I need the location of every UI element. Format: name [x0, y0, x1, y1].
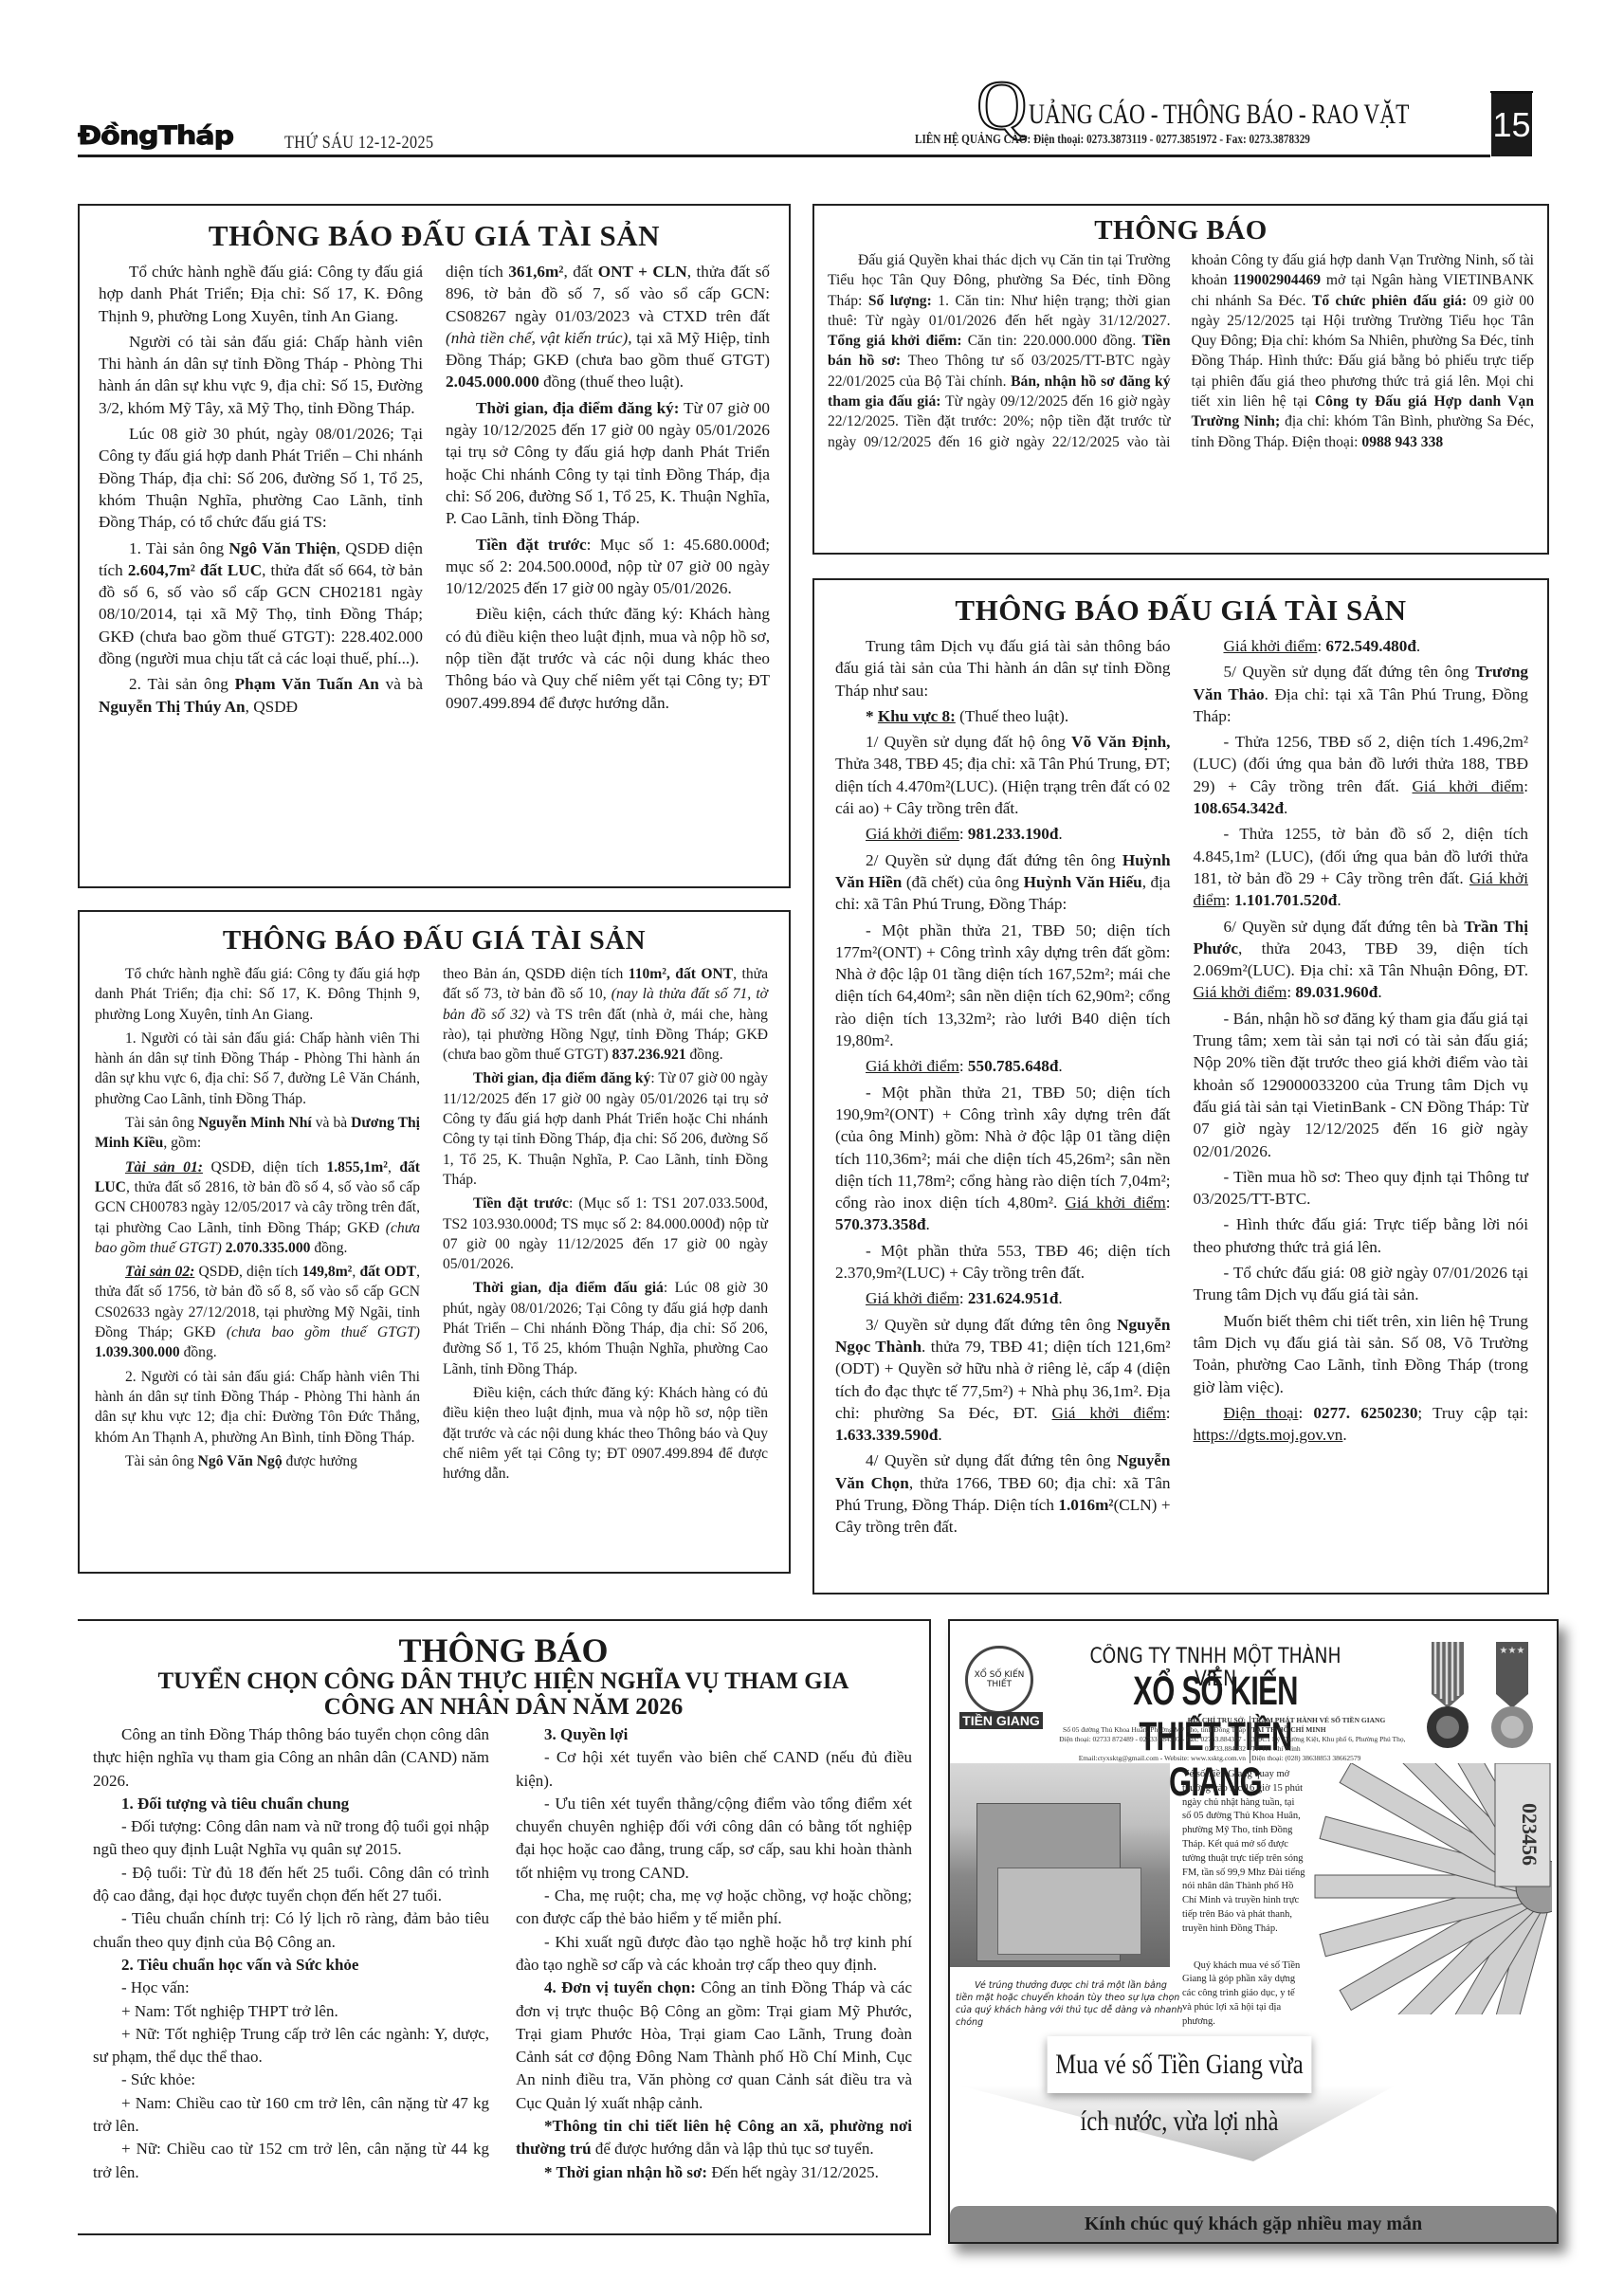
- sale-info: - Bán, nhận hồ sơ đăng ký tham gia đấu g…: [1194, 1008, 1529, 1162]
- list-item: + Nam: Tốt nghiệp THPT trở lên.: [93, 2000, 489, 2023]
- logo-label: TIỀN GIANG: [959, 1712, 1043, 1729]
- ad-footer-banner: Kính chúc quý khách gặp nhiều may mắn: [950, 2206, 1557, 2242]
- notice-title: THÔNG BÁO: [814, 215, 1547, 246]
- paragraph: Đấu giá Quyền khai thác dịch vụ Căn tin …: [828, 250, 1534, 452]
- canteen-notice: THÔNG BÁO Đấu giá Quyền khai thác dịch v…: [812, 204, 1549, 555]
- starting-price: Giá khởi điểm: 981.233.190đ.: [835, 823, 1171, 845]
- notice-column-left: Công an tỉnh Đồng Tháp thông báo tuyển c…: [93, 1723, 489, 2184]
- notice-column-left: Tổ chức hành nghề đấu giá: Công ty đấu g…: [99, 261, 423, 721]
- notice-column-right: theo Bản án, QSDĐ diện tích 110m², đất O…: [443, 964, 768, 1487]
- notice-body: Đấu giá Quyền khai thác dịch vụ Căn tin …: [828, 250, 1534, 452]
- issue-date: THỨ SÁU 12-12-2025: [284, 133, 433, 154]
- asset-item-5a: - Thửa 1256, TBĐ số 2, diện tích 1.496,2…: [1194, 731, 1529, 819]
- asset-item-2c: - Một phần thửa 553, TBĐ 46; diện tích 2…: [835, 1240, 1171, 1285]
- asset-item-2a: - Một phần thửa 21, TBĐ 50; diện tích 17…: [835, 920, 1171, 1052]
- fee-info: - Tiền mua hồ sơ: Theo quy định tại Thôn…: [1194, 1166, 1529, 1211]
- deposit-info: Tiền đặt trước: Mục số 1: 45.680.000đ; m…: [446, 534, 770, 600]
- list-item: - Khi xuất ngũ được đào tạo nghề hoặc hỗ…: [516, 1931, 912, 1977]
- list-item: - Cha, mẹ ruột; cha, mẹ vợ hoặc chồng, v…: [516, 1885, 912, 1931]
- section-heading: 1. Đối tượng và tiêu chuẩn chung: [93, 1793, 489, 1815]
- asset-item-1: 1. Tài sản ông Ngô Văn Thiện, QSDĐ diện …: [99, 538, 423, 670]
- conditions-info: Điều kiện, cách thức đăng ký: Khách hàng…: [443, 1383, 768, 1484]
- svg-text:023456: 023456: [1518, 1803, 1542, 1866]
- auction-time-info: Thời gian, địa điểm đấu giá: Lúc 08 giờ …: [443, 1278, 768, 1378]
- paragraph: Trung tâm Dịch vụ đấu giá tài sản thông …: [835, 635, 1171, 702]
- auction-notice-4: THÔNG BÁO ĐẤU GIÁ TÀI SẢN Tổ chức hành n…: [78, 910, 791, 1574]
- company-building-photo: [950, 1763, 1170, 1967]
- ad-body: Vé số Tiền Giang quay mở thưởng vào lúc …: [1182, 1768, 1305, 2030]
- asset-item-2: 2. Tài sản ông Phạm Văn Tuấn An và bà Ng…: [99, 673, 423, 718]
- paragraph: Người có tài sản đấu giá: Chấp hành viên…: [99, 331, 423, 419]
- list-item: - Học vấn:: [93, 1977, 489, 1999]
- notice-column-left: Tổ chức hành nghề đấu giá: Công ty đấu g…: [95, 964, 420, 1487]
- asset-item-2-cont: diện tích 361,6m², đất ONT + CLN, thửa đ…: [446, 261, 770, 393]
- list-item: - Sức khỏe:: [93, 2068, 489, 2091]
- paragraph: Công an tỉnh Đồng Tháp thông báo tuyển c…: [93, 1723, 489, 1793]
- svg-text:★★★: ★★★: [1500, 1646, 1525, 1656]
- conditions-info: Điều kiện, cách thức đăng ký: Khách hàng…: [446, 603, 770, 713]
- notice-subtitle: TUYỂN CHỌN CÔNG DÂN THỰC HIỆN NGHĨA VỤ T…: [78, 1668, 929, 1694]
- asset-02: Tài sản 02: QSDĐ, diện tích 149,8m², đất…: [95, 1262, 420, 1362]
- section-initial: Q: [976, 71, 1027, 141]
- asset-item-2b: - Một phần thửa 21, TBĐ 50; diện tích 19…: [835, 1082, 1171, 1236]
- asset-item-6: 6/ Quyền sử dụng đất đứng tên bà Trần Th…: [1194, 916, 1529, 1004]
- list-item: - Đối tượng: Công dân nam và nữ trong độ…: [93, 1815, 489, 1862]
- recruiting-units: 4. Đơn vị tuyển chọn: Công an tỉnh Đồng …: [516, 1977, 912, 2115]
- asset-item-5: 5/ Quyền sử dụng đất đứng tên ông Trương…: [1194, 661, 1529, 727]
- asset-item-1: 1/ Quyền sử dụng đất hộ ông Võ Văn Định,…: [835, 731, 1171, 819]
- notice-title: THÔNG BÁO ĐẤU GIÁ TÀI SẢN: [80, 925, 789, 957]
- building-shape: [997, 1868, 1141, 1955]
- notice-column-right: diện tích 361,6m², đất ONT + CLN, thửa đ…: [446, 261, 770, 721]
- list-item: - Độ tuổi: Từ đủ 18 đến hết 25 tuổi. Côn…: [93, 1862, 489, 1908]
- notice-subtitle: CÔNG AN NHÂN DÂN NĂM 2026: [78, 1694, 929, 1720]
- list-item: + Nữ: Tốt nghiệp Trung cấp trở lên các n…: [93, 2023, 489, 2069]
- asset-item-4: 4/ Quyền sử dụng đất đứng tên ông Nguyễn…: [835, 1449, 1171, 1538]
- notice-title: THÔNG BÁO ĐẤU GIÁ TÀI SẢN: [80, 219, 789, 253]
- paragraph: 2. Người có tài sản đấu giá: Chấp hành v…: [95, 1367, 420, 1448]
- paragraph: Tài sản ông Nguyễn Minh Nhí và bà Dương …: [95, 1113, 420, 1154]
- starting-price: Giá khởi điểm: 550.785.648đ.: [835, 1055, 1171, 1077]
- section-heading: 3. Quyền lợi: [516, 1723, 912, 1746]
- medal-icon: [1424, 1642, 1471, 1751]
- paragraph: 1. Người có tài sản đấu giá: Chấp hành v…: [95, 1029, 420, 1109]
- list-item: + Nam: Chiều cao từ 160 cm trở lên, cân …: [93, 2092, 489, 2139]
- contact-info: Muốn biết thêm chi tiết trên, xin liên h…: [1194, 1310, 1529, 1398]
- header-rule: [78, 155, 1490, 157]
- paragraph: Lúc 08 giờ 30 phút, ngày 08/01/2026; Tại…: [99, 423, 423, 533]
- hq-address: ĐỊA CHỈ TRỤ SỞ: Số 05 đường Thủ Khoa Huâ…: [1035, 1716, 1250, 1763]
- list-item: - Cơ hội xét tuyển vào biên chế CAND (nế…: [516, 1746, 912, 1793]
- branch-address: TRẠM PHÁT HÀNH VÉ SỐ TIỀN GIANG TẠI TP. …: [1251, 1716, 1413, 1763]
- lottery-advertisement: XỔ SỐ KIẾN THIẾT TIỀN GIANG CÔNG TY TNHH…: [948, 1619, 1559, 2244]
- slogan-banner: Mua vé số Tiền Giang vừa ích nước, vừa l…: [950, 2029, 1557, 2171]
- page-number: 15: [1491, 92, 1532, 156]
- ad-caption: Vé trúng thưởng được chi trả một lần bằn…: [956, 1979, 1183, 2029]
- slogan-text: Mua vé số Tiền Giang vừa ích nước, vừa l…: [1048, 2036, 1312, 2093]
- paragraph: Tài sản ông Ngô Văn Ngộ được hưởng: [95, 1451, 420, 1471]
- asset-item-5b: - Thửa 1255, tờ bản đồ số 2, diện tích 4…: [1194, 823, 1529, 911]
- form-info: - Hình thức đấu giá: Trực tiếp bằng lời …: [1194, 1213, 1529, 1258]
- newspaper-logo: ĐồngTháp: [78, 121, 233, 152]
- info-contact: *Thông tin chi tiết liên hệ Công an xã, …: [516, 2115, 912, 2161]
- deadline: * Thời gian nhận hồ sơ: Đến hết ngày 31/…: [516, 2161, 912, 2184]
- ad-contact-line: LIÊN HỆ QUẢNG CÁO: Điện thoại: 0273.3873…: [915, 133, 1310, 148]
- police-recruitment-notice: THÔNG BÁO TUYỂN CHỌN CÔNG DÂN THỰC HIỆN …: [78, 1619, 931, 2235]
- notice-column-right: 3. Quyền lợi - Cơ hội xét tuyển vào biên…: [516, 1723, 912, 2184]
- notice-title: THÔNG BÁO: [78, 1632, 929, 1668]
- notice-column-right: Giá khởi điểm: 672.549.480đ. 5/ Quyền sử…: [1194, 635, 1529, 1542]
- section-title: UẢNG CÁO - THÔNG BÁO - RAO VẶT: [1029, 99, 1409, 131]
- notice-column-left: Trung tâm Dịch vụ đấu giá tài sản thông …: [835, 635, 1171, 1542]
- asset-01: Tài sản 01: QSDĐ, diện tích 1.855,1m², đ…: [95, 1157, 420, 1258]
- starting-price: Giá khởi điểm: 672.549.480đ.: [1194, 635, 1529, 657]
- session-info: - Tổ chức đấu giá: 08 giờ ngày 07/01/202…: [1194, 1262, 1529, 1306]
- section-heading: 2. Tiêu chuẩn học vấn và Sức khỏe: [93, 1954, 489, 1977]
- asset-item-3: 3/ Quyền sử dụng đất đứng tên ông Nguyễn…: [835, 1314, 1171, 1447]
- list-item: - Ưu tiên xét tuyển thẳng/cộng điểm vào …: [516, 1793, 912, 1885]
- registration-info: Thời gian, địa điểm đăng ký: Từ 07 giờ 0…: [443, 1068, 768, 1190]
- phone-info: Điện thoại: 0277. 6250230; Truy cập tại:…: [1194, 1402, 1529, 1447]
- lottery-tickets-fan-icon: 023456: [1305, 1763, 1552, 2014]
- lottery-logo-icon: XỔ SỐ KIẾN THIẾT: [965, 1646, 1033, 1714]
- starting-price: Giá khởi điểm: 231.624.951đ.: [835, 1287, 1171, 1309]
- asset-item-2: 2/ Quyền sử dụng đất đứng tên ông Huỳnh …: [835, 849, 1171, 916]
- asset-cont: theo Bản án, QSDĐ diện tích 110m², đất O…: [443, 964, 768, 1065]
- list-item: + Nữ: Chiều cao từ 152 cm trở lên, cân n…: [93, 2138, 489, 2184]
- registration-info: Thời gian, địa điểm đăng ký: Từ 07 giờ 0…: [446, 397, 770, 530]
- deposit-info: Tiền đặt trước: (Mục số 1: TS1 207.033.5…: [443, 1194, 768, 1274]
- paragraph: Tổ chức hành nghề đấu giá: Công ty đấu g…: [99, 261, 423, 327]
- paragraph: Tổ chức hành nghề đấu giá: Công ty đấu g…: [95, 964, 420, 1025]
- list-item: - Tiêu chuẩn chính trị: Có lý lịch rõ rà…: [93, 1907, 489, 1954]
- auction-notice-1: THÔNG BÁO ĐẤU GIÁ TÀI SẢN Tổ chức hành n…: [78, 204, 791, 888]
- auction-notice-3: THÔNG BÁO ĐẤU GIÁ TÀI SẢN Trung tâm Dịch…: [812, 578, 1549, 1594]
- zone-label: * Khu vực 8: (Thuế theo luật).: [835, 705, 1171, 727]
- medal-icon: ★★★: [1488, 1642, 1536, 1751]
- notice-title: THÔNG BÁO ĐẤU GIÁ TÀI SẢN: [814, 593, 1547, 628]
- website-link[interactable]: https://dgts.moj.gov.vn: [1194, 1426, 1343, 1444]
